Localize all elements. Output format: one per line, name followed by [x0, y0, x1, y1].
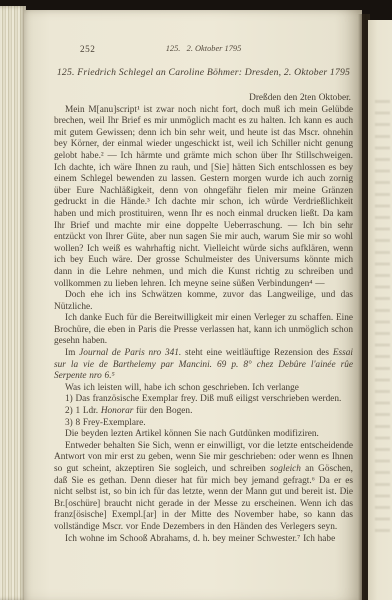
demands-list: 1) Das französische Exemplar frey. Diß m… — [54, 394, 353, 429]
facing-page — [368, 20, 392, 600]
page-number: 252 — [80, 44, 95, 54]
text-segment: 2) 1 Ldr. — [65, 406, 101, 416]
text-segment: steht eine weitläuftige Rezension des — [181, 348, 333, 358]
page-edge-stack — [0, 6, 26, 600]
list-item-1: 1) Das französische Exemplar frey. Diß m… — [54, 394, 353, 406]
list-item-2: 2) 1 Ldr. Honorar für den Bogen. — [54, 406, 353, 418]
paragraph-entweder: Entweder behalten Sie Sich, wenn er einw… — [54, 441, 353, 534]
paragraph-artikel: Die beyden lezten Artikel können Sie nac… — [54, 429, 353, 441]
list-item-3: 3) 8 Frey-Exemplare. — [54, 418, 353, 430]
facing-page-showthrough-text — [375, 100, 390, 540]
running-head: 125. 2. Oktober 1795 — [54, 44, 353, 53]
paragraph-schwaetzen: Doch ehe ich ins Schwätzen komme, zuvor … — [54, 290, 353, 313]
journal-title-italic: Journal de Paris nro 341. — [79, 348, 181, 358]
paragraph-verleger: Ich danke Euch für die Bereitwilligkeit … — [54, 313, 353, 348]
text-segment: für den Bogen. — [133, 406, 192, 416]
page-content: 252 125. 2. Oktober 1795 125. Friedrich … — [24, 10, 362, 545]
honorar-italic: Honorar — [101, 406, 134, 416]
paragraph-journal: Im Journal de Paris nro 341. steht eine … — [54, 348, 353, 383]
paragraph-manuscript: Mein M[anu]script¹ ist zwar noch nicht f… — [54, 105, 353, 291]
dateline: Dreßden den 2ten Oktober. — [54, 93, 351, 105]
page-header: 252 125. 2. Oktober 1795 — [54, 44, 353, 57]
book-photo: 252 125. 2. Oktober 1795 125. Friedrich … — [0, 0, 392, 600]
paragraph-leisten: Was ich leisten will, habe ich schon ges… — [54, 383, 353, 395]
letter-heading: 125. Friedrich Schlegel an Caroline Böhm… — [54, 67, 353, 78]
paragraph-schooss: Ich wohne im Schooß Abrahams, d. h. bey … — [54, 534, 353, 546]
text-segment: an Göschen, daß Sie es gethan. Denn dies… — [54, 464, 353, 532]
text-segment: Im — [65, 348, 79, 358]
book-page: 252 125. 2. Oktober 1795 125. Friedrich … — [24, 10, 362, 600]
sogleich-italic: sogleich — [270, 464, 301, 474]
